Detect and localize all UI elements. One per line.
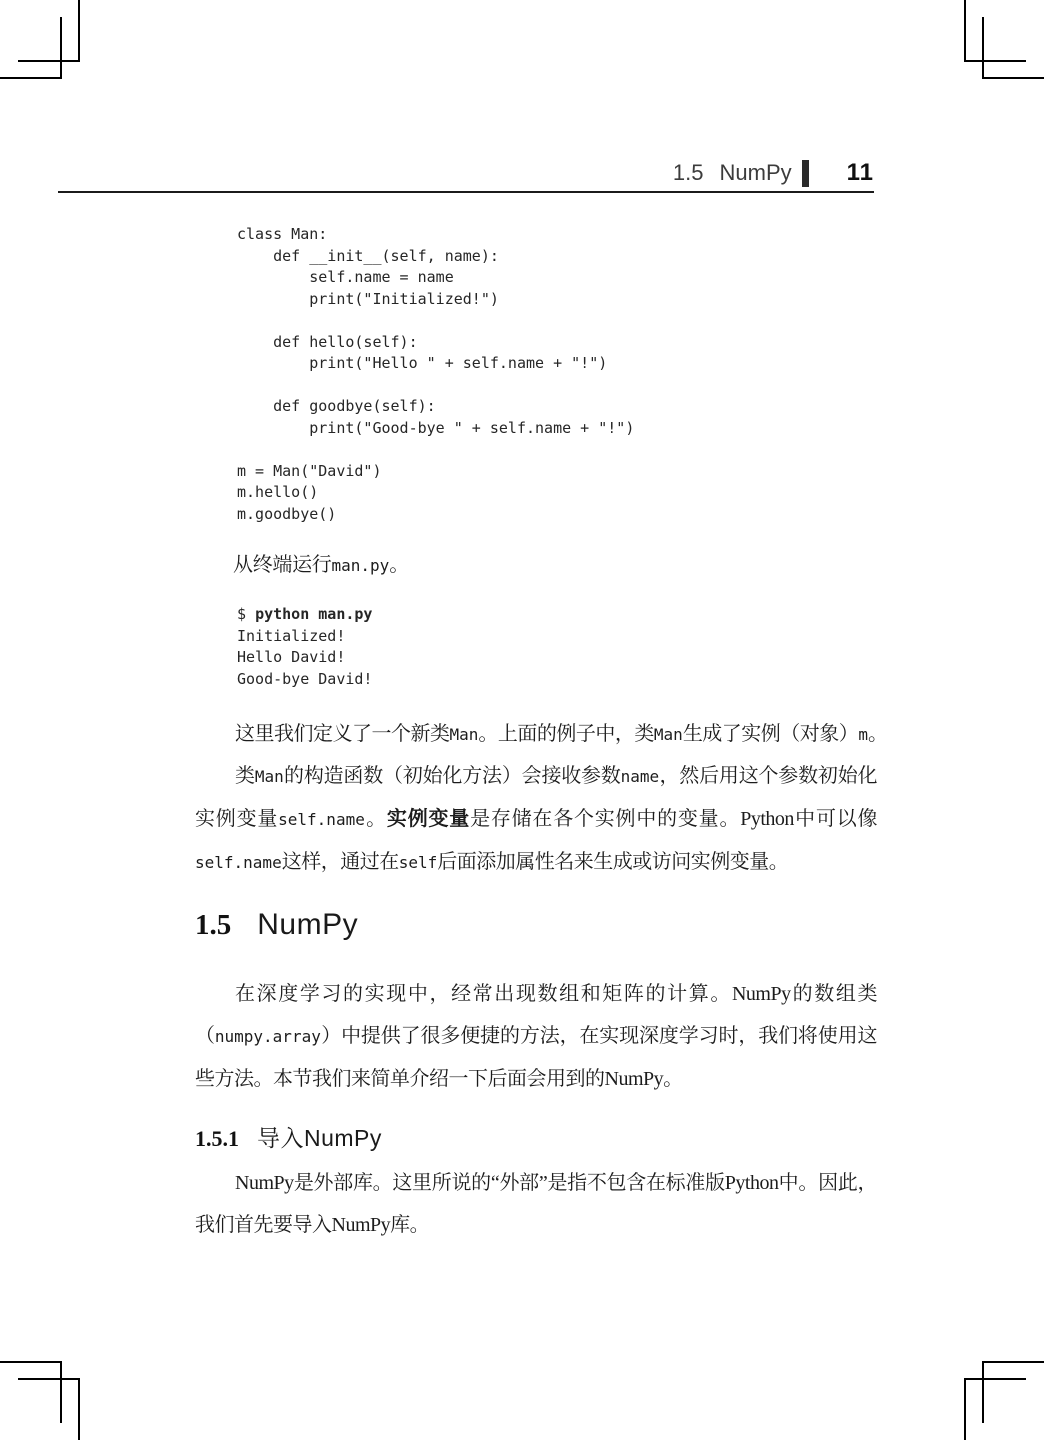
subsection-heading-1-5-1: 1.5.1 导入NumPy <box>195 1120 382 1153</box>
text-segment: 。 <box>868 723 888 745</box>
header-rule <box>58 191 874 193</box>
text-segment: 是存储在各个实例中的变量。Python中可以像 <box>470 808 877 830</box>
crop-mark-bottom-right-inner <box>982 1361 1044 1423</box>
text-segment: 。 <box>365 808 387 830</box>
code-listing-man-class: class Man: def __init__(self, name): sel… <box>237 224 634 525</box>
text-segment: 类 <box>235 765 255 787</box>
section-heading-1-5: 1.5 NumPy <box>195 908 358 942</box>
paragraph-class-definition: 这里我们定义了一个新类Man。上面的例子中，类Man生成了实例（对象）m。 <box>195 713 877 756</box>
text-segment: Man <box>654 725 683 744</box>
text-segment: 这里我们定义了一个新类 <box>235 723 450 745</box>
paragraph-numpy-intro: 在深度学习的实现中，经常出现数组和矩阵的计算。NumPy的数组类（numpy.a… <box>195 973 877 1100</box>
text-segment: Man <box>450 725 479 744</box>
text-segment: 。 <box>389 554 409 576</box>
text-segment: $ <box>237 605 255 623</box>
paragraph-import-numpy: NumPy是外部库。这里所说的“外部”是指不包含在标准版Python中。因此，我… <box>195 1162 877 1246</box>
text-segment: 。上面的例子中，类 <box>478 723 654 745</box>
subsection-title: 导入NumPy <box>257 1120 382 1153</box>
header-divider-bar <box>802 160 809 187</box>
crop-mark-bottom-left-inner <box>0 1361 62 1423</box>
terminal-output: $ python man.py Initialized! Hello David… <box>237 604 372 690</box>
text-segment: 这样，通过在 <box>282 851 399 873</box>
section-title: NumPy <box>257 908 358 942</box>
text-segment: 从终端运行 <box>233 554 332 576</box>
text-segment: self <box>399 853 438 872</box>
text-segment: 后面添加属性名来生成或访问实例变量。 <box>437 851 788 873</box>
subsection-number: 1.5.1 <box>195 1126 239 1152</box>
section-number: 1.5 <box>195 909 231 942</box>
text-segment: numpy.array <box>215 1027 321 1046</box>
text-segment: 的构造函数（初始化方法）会接收参数 <box>284 765 621 787</box>
crop-mark-top-right-inner <box>982 17 1044 79</box>
text-segment: name <box>621 767 660 786</box>
text-segment: Initialized! Hello David! Good-bye David… <box>237 627 372 688</box>
text-segment: python man.py <box>255 605 372 623</box>
text-segment: NumPy是外部库。这里所说的“外部”是指不包含在标准版Python中。因此，我… <box>195 1172 877 1236</box>
text-segment: m <box>858 725 868 744</box>
text-segment: 实例变量 <box>387 808 470 830</box>
book-page: 1.5 NumPy 11 class Man: def __init__(sel… <box>0 0 1044 1440</box>
paragraph-instance-variables: 类Man的构造函数（初始化方法）会接收参数name，然后用这个参数初始化实例变量… <box>195 755 877 884</box>
text-segment: man.py <box>332 556 390 575</box>
text-segment: 生成了实例（对象） <box>683 723 859 745</box>
leadin-run-man-py: 从终端运行man.py。 <box>233 550 409 581</box>
text-segment: self.name <box>278 810 365 829</box>
text-segment: self.name <box>195 853 282 872</box>
header-section-title: NumPy <box>720 160 792 186</box>
text-segment: Man <box>255 767 284 786</box>
page-number: 11 <box>847 159 874 187</box>
header-section-number: 1.5 <box>673 160 704 186</box>
crop-mark-top-left-inner <box>0 17 62 79</box>
running-header: 1.5 NumPy 11 <box>58 156 874 190</box>
